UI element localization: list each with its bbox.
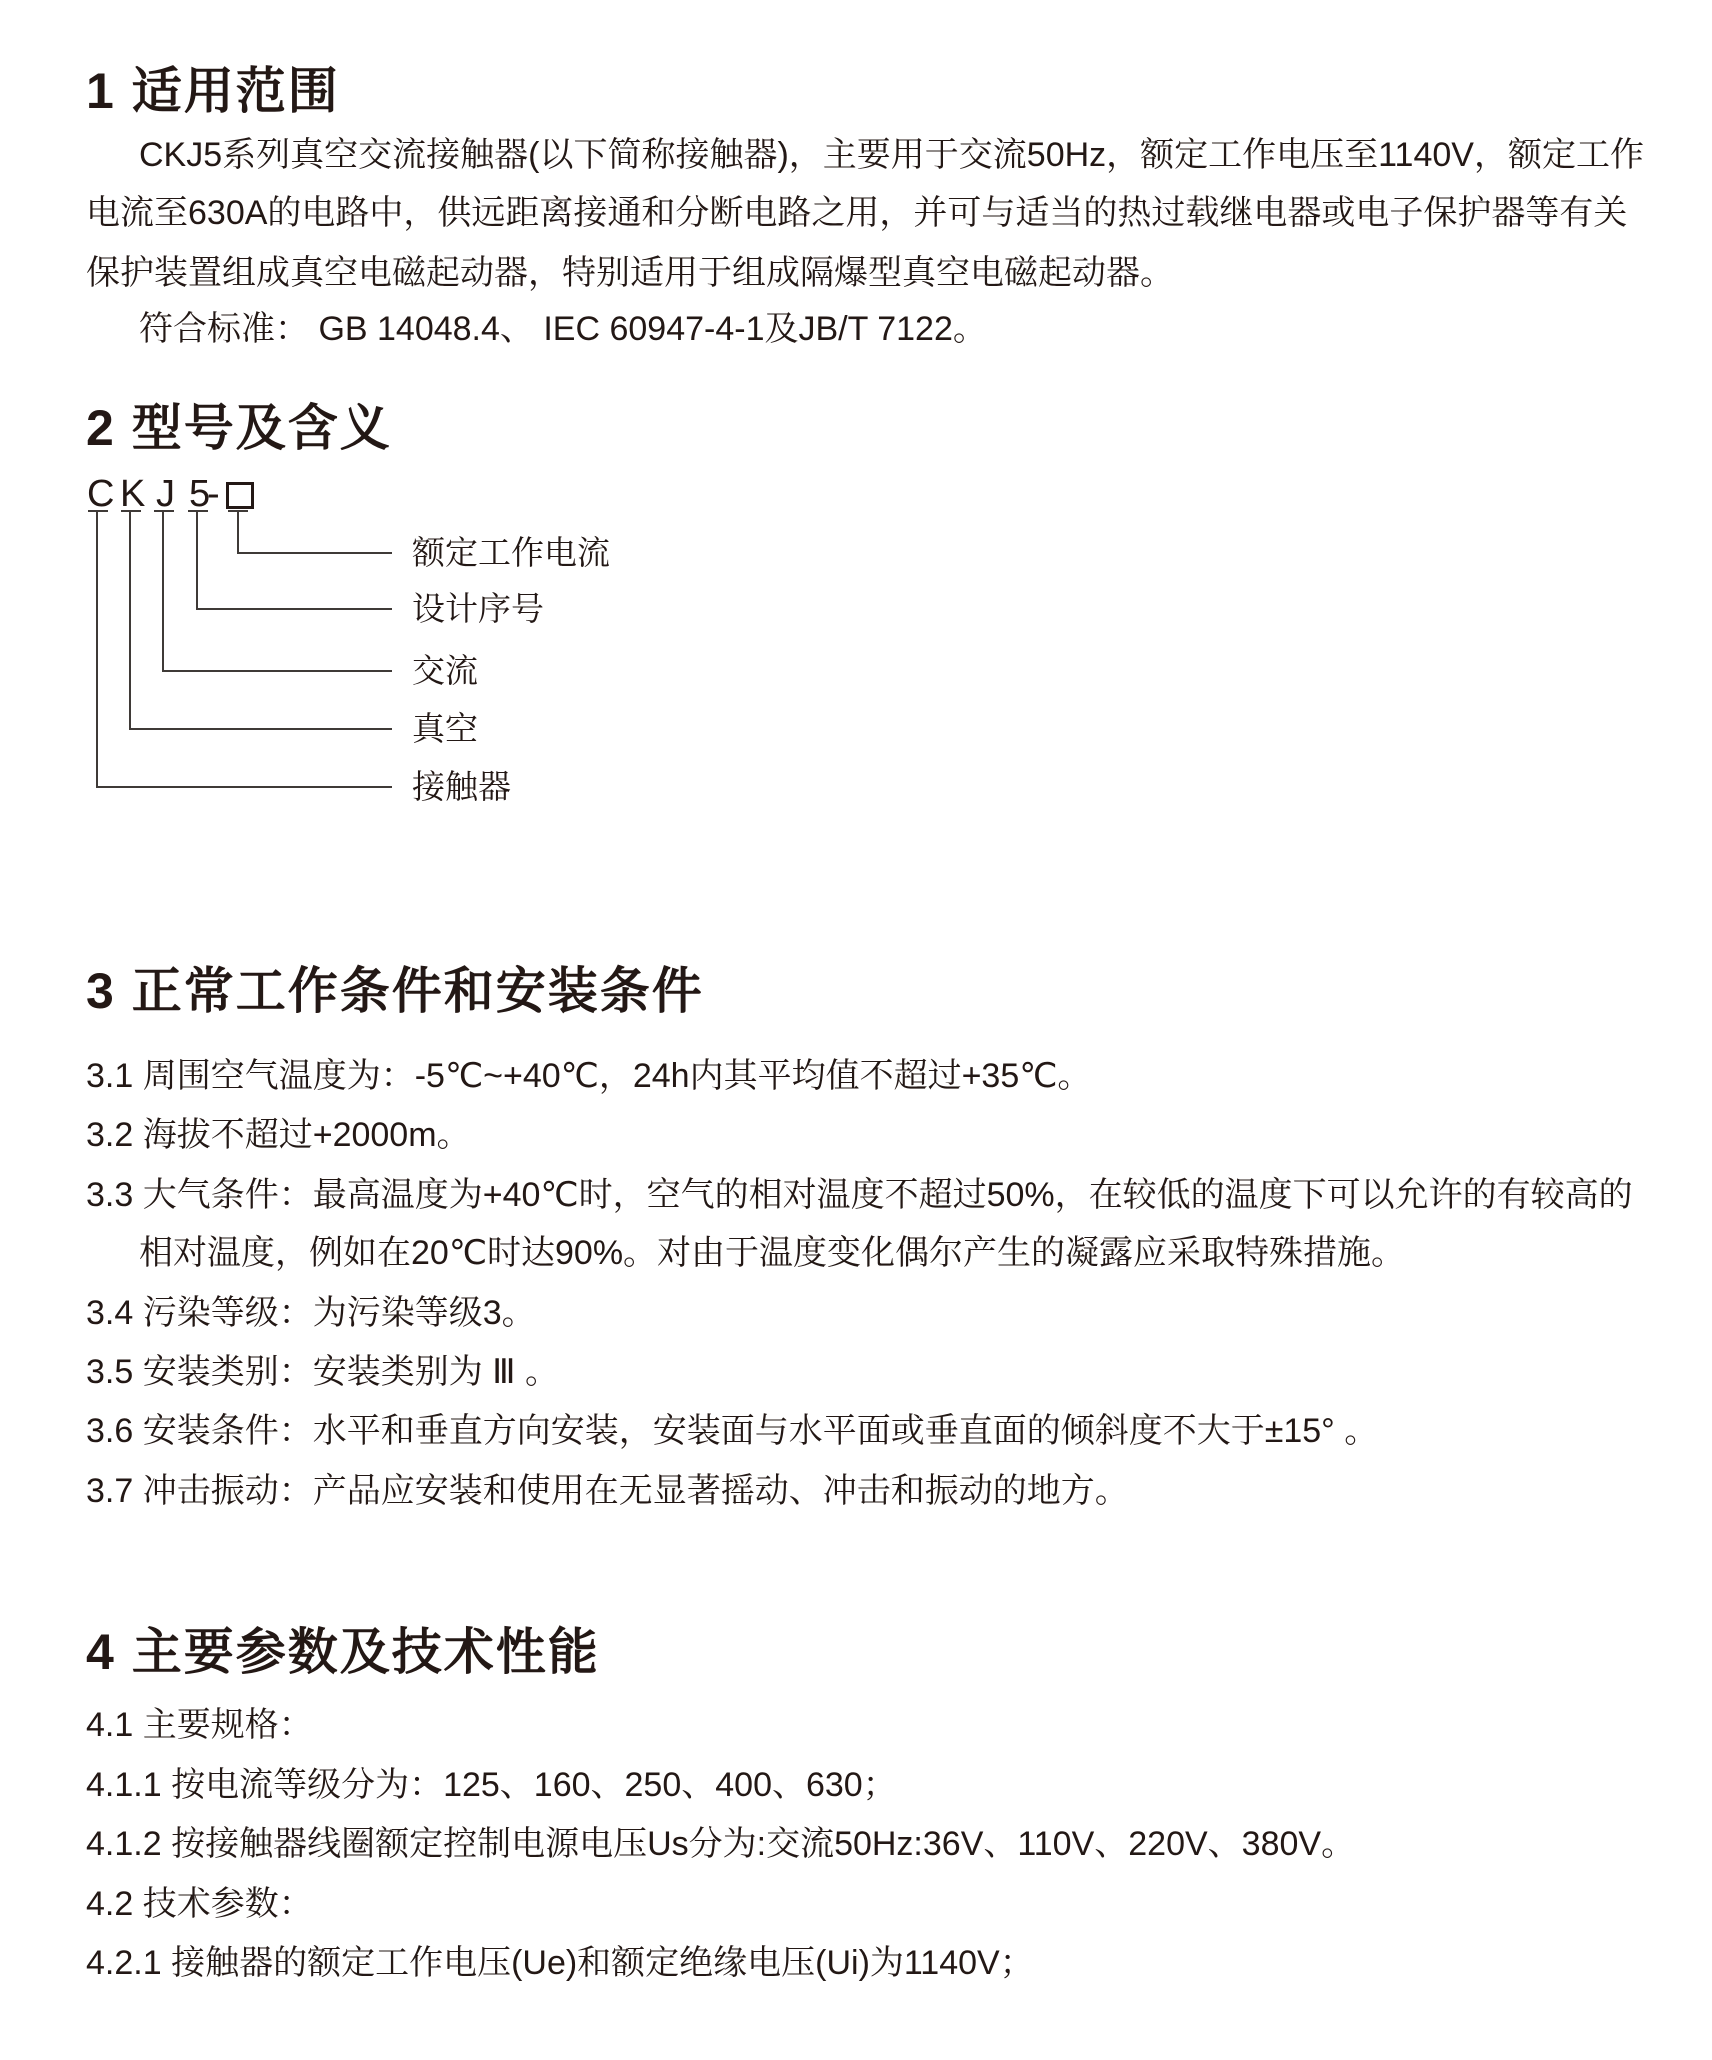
leader-hline-current [237, 552, 392, 554]
param-item-4-2: 4.2 技术参数： [86, 1882, 313, 1926]
leader-vline-k [129, 512, 131, 730]
condition-item-3-3: 3.3 大气条件：最高温度为+40℃时，空气的相对温度不超过50%，在较低的温度… [86, 1173, 1633, 1217]
underline-k [121, 510, 141, 512]
model-letter-k: K [120, 474, 145, 514]
section3-heading: 3 正常工作条件和安装条件 [86, 961, 704, 1021]
condition-item-3-7: 3.7 冲击振动：产品应安装和使用在无显著摇动、冲击和振动的地方。 [86, 1469, 1129, 1513]
underline-5 [188, 510, 208, 512]
param-item-4-1: 4.1 主要规格： [86, 1703, 313, 1747]
model-placeholder-box [226, 482, 254, 509]
leader-hline-vacuum [129, 728, 392, 730]
model-label-rated-current: 额定工作电流 [412, 533, 610, 573]
underline-c [88, 510, 108, 512]
standards-line: 符合标准： GB 14048.4、 IEC 60947-4-1及JB/T 712… [139, 307, 987, 351]
leader-vline-j [162, 512, 164, 672]
paragraph-line: 电流至630A的电路中，供远距离接通和分断电路之用，并可与适当的热过载继电器或电… [86, 191, 1627, 235]
paragraph-line: CKJ5系列真空交流接触器(以下简称接触器)，主要用于交流50Hz，额定工作电压… [139, 133, 1644, 177]
section4-heading: 4 主要参数及技术性能 [86, 1622, 600, 1682]
condition-item-3-3-cont: 相对温度，例如在20℃时达90%。对由于温度变化偶尔产生的凝露应采取特殊措施。 [139, 1231, 1405, 1275]
leader-hline-design [196, 608, 392, 610]
model-label-ac: 交流 [412, 651, 478, 691]
leader-vline-c [96, 512, 98, 788]
model-label-vacuum: 真空 [412, 709, 478, 749]
leader-vline-5 [196, 512, 198, 610]
manual-page: 1 适用范围 CKJ5系列真空交流接触器(以下简称接触器)，主要用于交流50Hz… [0, 0, 1712, 2060]
model-label-design-serial: 设计序号 [412, 589, 544, 629]
condition-item-3-6: 3.6 安装条件：水平和垂直方向安装，安装面与水平面或垂直面的倾斜度不大于±15… [86, 1409, 1378, 1453]
param-item-4-1-1: 4.1.1 按电流等级分为：125、160、250、400、630； [86, 1763, 897, 1807]
model-letter-j: J [156, 474, 175, 514]
model-letter-c: C [87, 474, 114, 514]
condition-item-3-1: 3.1 周围空气温度为：-5℃~+40℃，24h内其平均值不超过+35℃。 [86, 1054, 1091, 1098]
param-item-4-2-1: 4.2.1 接触器的额定工作电压(Ue)和额定绝缘电压(Ui)为1140V； [86, 1941, 1034, 1985]
model-dash: - [207, 474, 220, 514]
leader-hline-ac [162, 670, 392, 672]
leader-hline-contactor [96, 786, 392, 788]
section1-heading: 1 适用范围 [86, 61, 340, 121]
condition-item-3-2: 3.2 海拔不超过+2000m。 [86, 1113, 471, 1157]
param-item-4-1-2: 4.1.2 按接触器线圈额定控制电源电压Us分为:交流50Hz:36V、110V… [86, 1822, 1355, 1866]
underline-j [154, 510, 174, 512]
leader-vline-box [237, 512, 239, 554]
section2-heading: 2 型号及含义 [86, 398, 392, 458]
model-label-contactor: 接触器 [412, 767, 511, 807]
condition-item-3-5: 3.5 安装类别：安装类别为 Ⅲ 。 [86, 1350, 559, 1394]
condition-item-3-4: 3.4 污染等级：为污染等级3。 [86, 1291, 536, 1335]
paragraph-line: 保护装置组成真空电磁起动器，特别适用于组成隔爆型真空电磁起动器。 [86, 251, 1174, 295]
